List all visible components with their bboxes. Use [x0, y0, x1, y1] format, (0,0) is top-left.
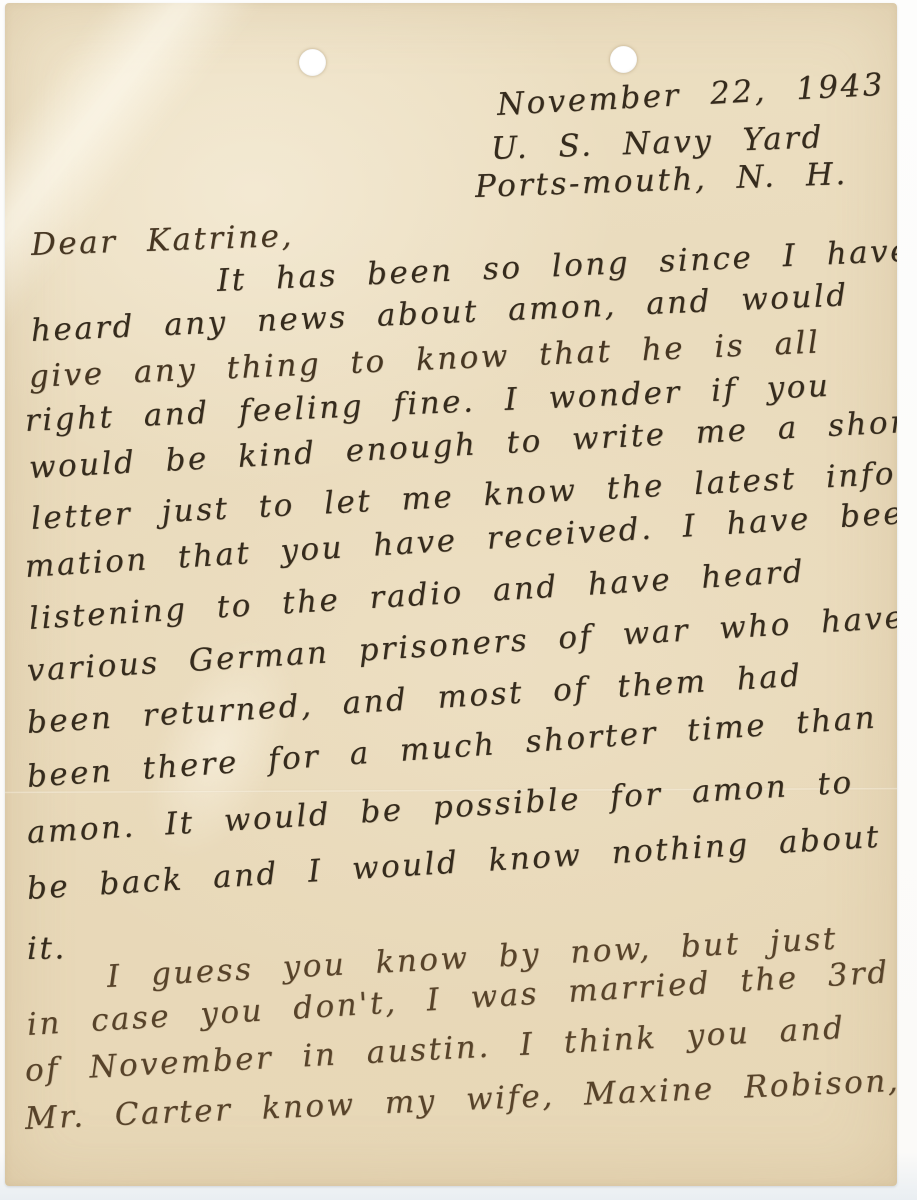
letter-salutation: Dear Katrine, [30, 218, 294, 263]
letter-line: it. [27, 930, 67, 967]
punch-hole-right [610, 46, 637, 73]
letter-scan: November 22, 1943 U. S. Navy Yard Ports-… [0, 0, 917, 1200]
punch-hole-left [299, 49, 326, 76]
letter-paper: November 22, 1943 U. S. Navy Yard Ports-… [5, 3, 897, 1186]
letter-date: November 22, 1943 [496, 67, 886, 123]
